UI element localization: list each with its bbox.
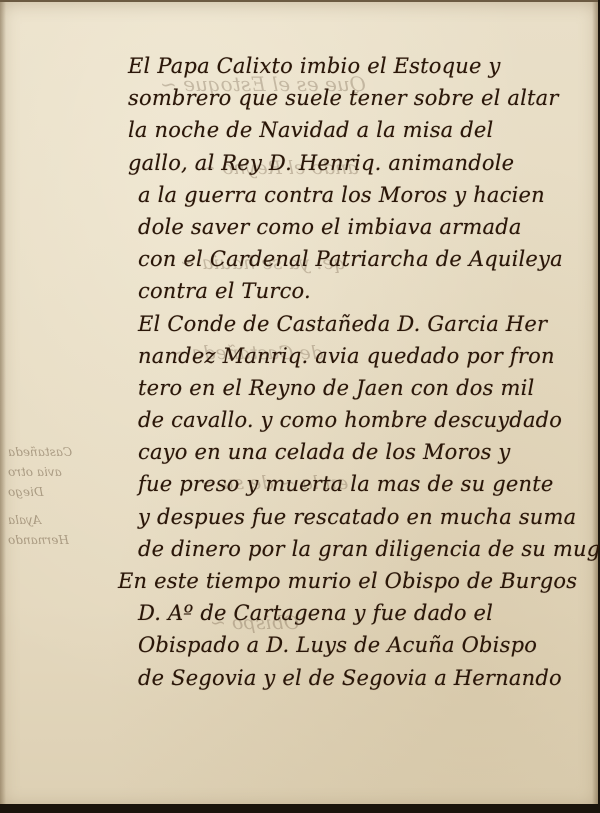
text-line: de cavallo. y como hombre descuydado bbox=[118, 404, 578, 436]
scan-border-bottom bbox=[0, 804, 600, 813]
text-line: El Conde de Castañeda D. Garcia Her bbox=[118, 308, 578, 340]
margin-note: Diego bbox=[8, 482, 118, 502]
text-line: gallo, al Rey D. Henriq. animandole bbox=[118, 147, 578, 179]
text-line: la noche de Navidad a la misa del bbox=[118, 114, 578, 146]
page-right-edge-shadow bbox=[592, 2, 598, 808]
text-line: contra el Turco. bbox=[118, 275, 578, 307]
text-line: D. Aº de Cartagena y fue dado el bbox=[118, 597, 578, 629]
text-line: de Segovia y el de Segovia a Hernando bbox=[118, 662, 578, 694]
text-line: sombrero que suele tener sobre el altar bbox=[118, 82, 578, 114]
text-line: a la guerra contra los Moros y hacien bbox=[118, 179, 578, 211]
manuscript-text: El Papa Calixto imbio el Estoque y sombr… bbox=[118, 50, 578, 694]
text-line: Obispado a D. Luys de Acuña Obispo bbox=[118, 629, 578, 661]
margin-note: Ayala bbox=[8, 510, 118, 530]
text-line: En este tiempo murio el Obispo de Burgos bbox=[118, 565, 578, 597]
page-left-edge-shadow bbox=[0, 2, 6, 808]
margin-notes-bleed-through: Castañeda avia otro Diego Ayala Hernando bbox=[8, 442, 118, 550]
text-line: y despues fue rescatado en mucha suma bbox=[118, 501, 578, 533]
margin-note: Castañeda bbox=[8, 442, 118, 462]
text-line: cayo en una celada de los Moros y bbox=[118, 436, 578, 468]
margin-note: Hernando bbox=[8, 530, 118, 550]
text-line: nandez Manriq. avia quedado por fron bbox=[118, 340, 578, 372]
text-line: con el Cardenal Patriarcha de Aquileya bbox=[118, 243, 578, 275]
margin-note: avia otro bbox=[8, 462, 118, 482]
manuscript-page: Que es el Estoque ~ ando el Reyno ~ qe. … bbox=[0, 0, 598, 808]
text-line: El Papa Calixto imbio el Estoque y bbox=[118, 50, 578, 82]
text-line: fue preso y muerta la mas de su gente bbox=[118, 468, 578, 500]
text-line: dole saver como el imbiava armada bbox=[118, 211, 578, 243]
text-line: tero en el Reyno de Jaen con dos mil bbox=[118, 372, 578, 404]
text-line: de dinero por la gran diligencia de su m… bbox=[118, 533, 578, 565]
